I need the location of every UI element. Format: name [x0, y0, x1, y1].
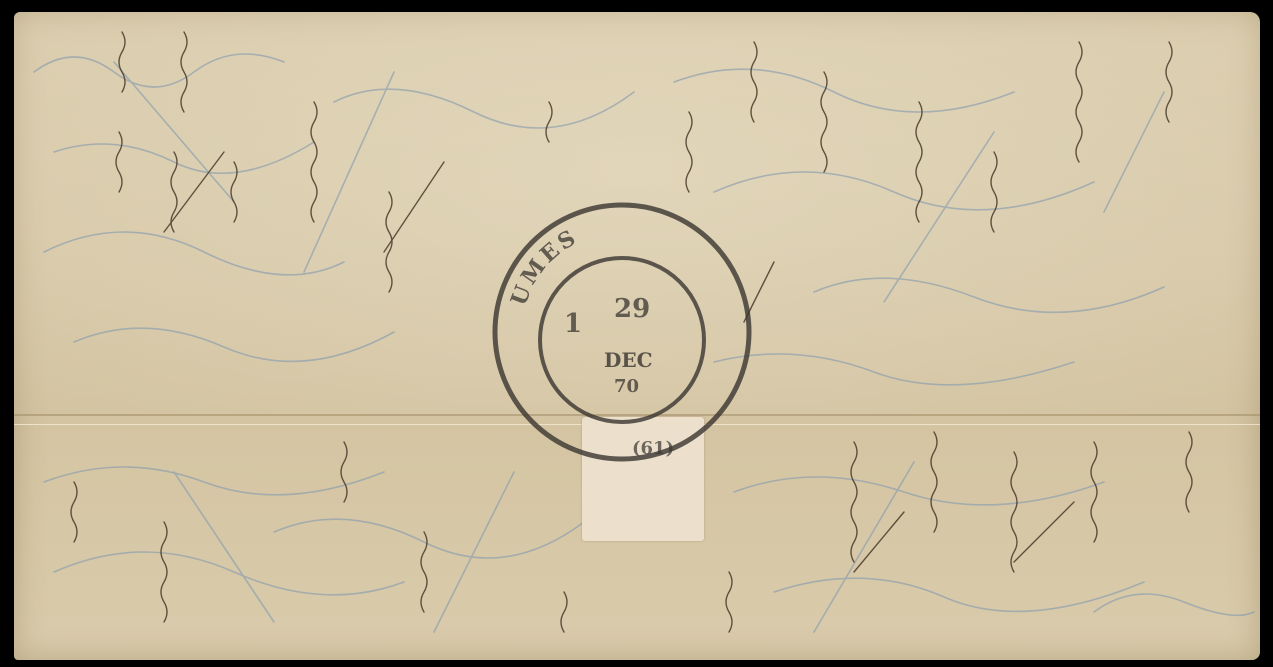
postmark-line1: 1 — [564, 309, 582, 339]
postmark-code: (61) — [632, 438, 674, 459]
postmark-year: 70 — [614, 376, 639, 397]
postmark-month: DEC — [604, 348, 653, 372]
postmark-town: UMES — [506, 224, 583, 309]
svg-text:UMES: UMES — [506, 224, 583, 309]
postmark: UMES 1 29 DEC 70 (61) — [482, 192, 762, 472]
letter-cover: UMES 1 29 DEC 70 (61) — [14, 12, 1260, 660]
postmark-day: 29 — [614, 294, 650, 324]
